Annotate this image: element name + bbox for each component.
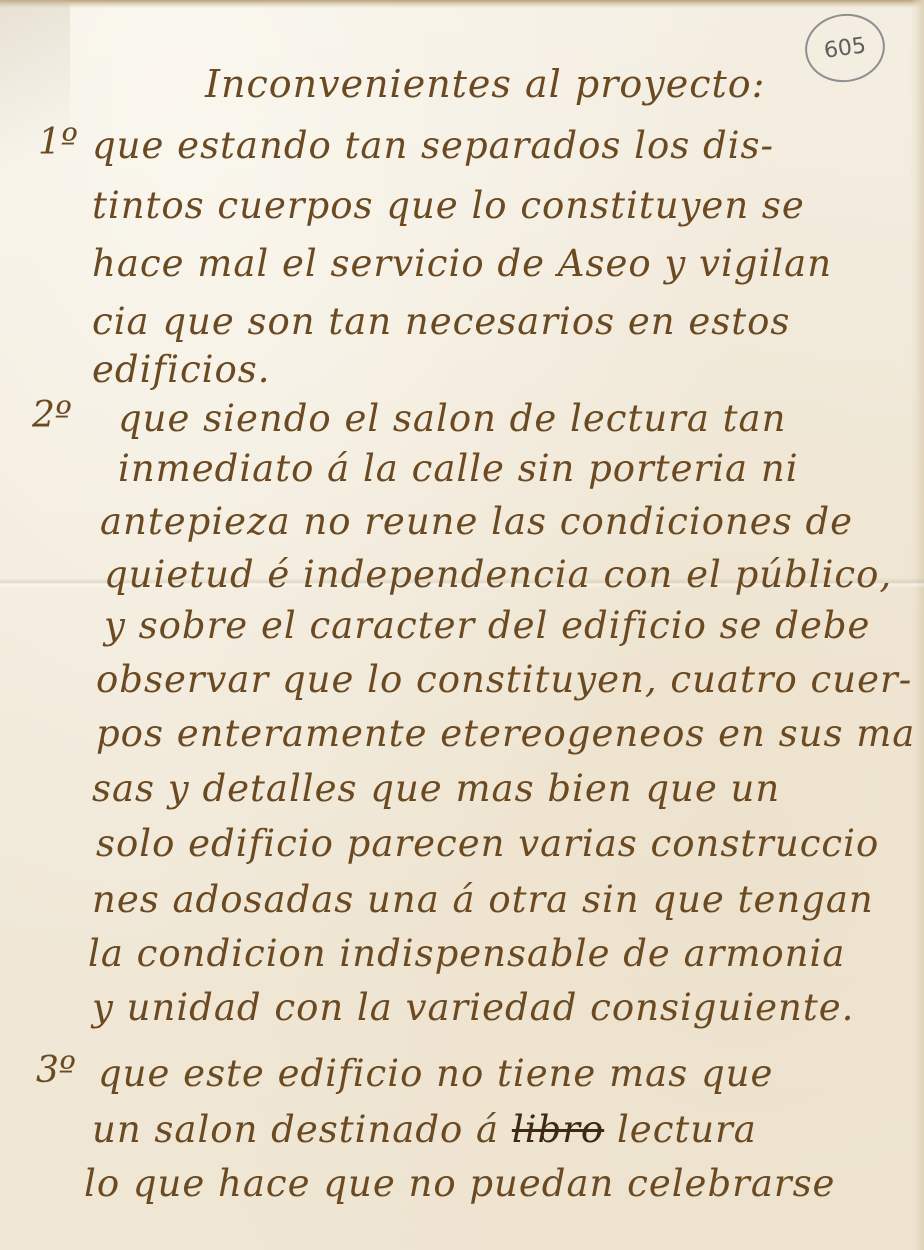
page-number: 605 <box>822 33 867 64</box>
paper-top-edge <box>0 0 924 8</box>
manuscript-page: 605 Inconvenientes al proyecto: 1º que e… <box>0 0 924 1250</box>
item-3-line-3: lo que hace que no puedan celebrarse <box>84 1162 835 1205</box>
item-1-line-4: cia que son tan necesarios en estos <box>92 300 790 343</box>
struck-word: libro <box>512 1108 604 1151</box>
item-2-line-2: inmediato á la calle sin porteria ni <box>118 447 799 490</box>
page-number-circled: 605 <box>801 9 890 87</box>
item-1-line-2: tintos cuerpos que lo constituyen se <box>92 184 805 227</box>
item-2-line-3: antepieza no reune las condiciones de <box>100 500 853 543</box>
item-3-line-2: un salon destinado á libro lectura <box>92 1108 757 1151</box>
item-3-line-2-after: lectura <box>617 1108 757 1151</box>
item-marker-1: 1º <box>38 122 78 163</box>
item-2-line-4: quietud é independencia con el público, <box>104 553 892 596</box>
item-marker-2: 2º <box>32 395 72 436</box>
item-2-line-1: que siendo el salon de lectura tan <box>118 397 786 440</box>
paper-right-edge <box>910 0 924 1250</box>
item-2-line-10: nes adosadas una á otra sin que tengan <box>92 878 874 921</box>
item-marker-3: 3º <box>36 1050 76 1091</box>
item-2-line-11: la condicion indispensable de armonia <box>88 932 845 975</box>
item-2-line-6: observar que lo constituyen, cuatro cuer… <box>96 658 912 701</box>
item-2-line-8: sas y detalles que mas bien que un <box>92 767 780 810</box>
item-3-line-2-text: un salon destinado á <box>92 1108 499 1151</box>
item-1-line-5: edificios. <box>92 348 271 391</box>
item-2-line-5: y sobre el caracter del edificio se debe <box>104 604 870 647</box>
item-2-line-7: pos enteramente etereogeneos en sus ma <box>96 712 915 755</box>
document-title: Inconvenientes al proyecto: <box>205 62 765 106</box>
item-1-line-1: que estando tan separados los dis- <box>92 124 774 167</box>
item-3-line-1: que este edificio no tiene mas que <box>98 1052 773 1095</box>
item-2-line-12: y unidad con la variedad consiguiente. <box>92 986 854 1029</box>
item-2-line-9: solo edificio parecen varias construccio <box>96 822 879 865</box>
item-1-line-3: hace mal el servicio de Aseo y vigilan <box>92 242 832 285</box>
